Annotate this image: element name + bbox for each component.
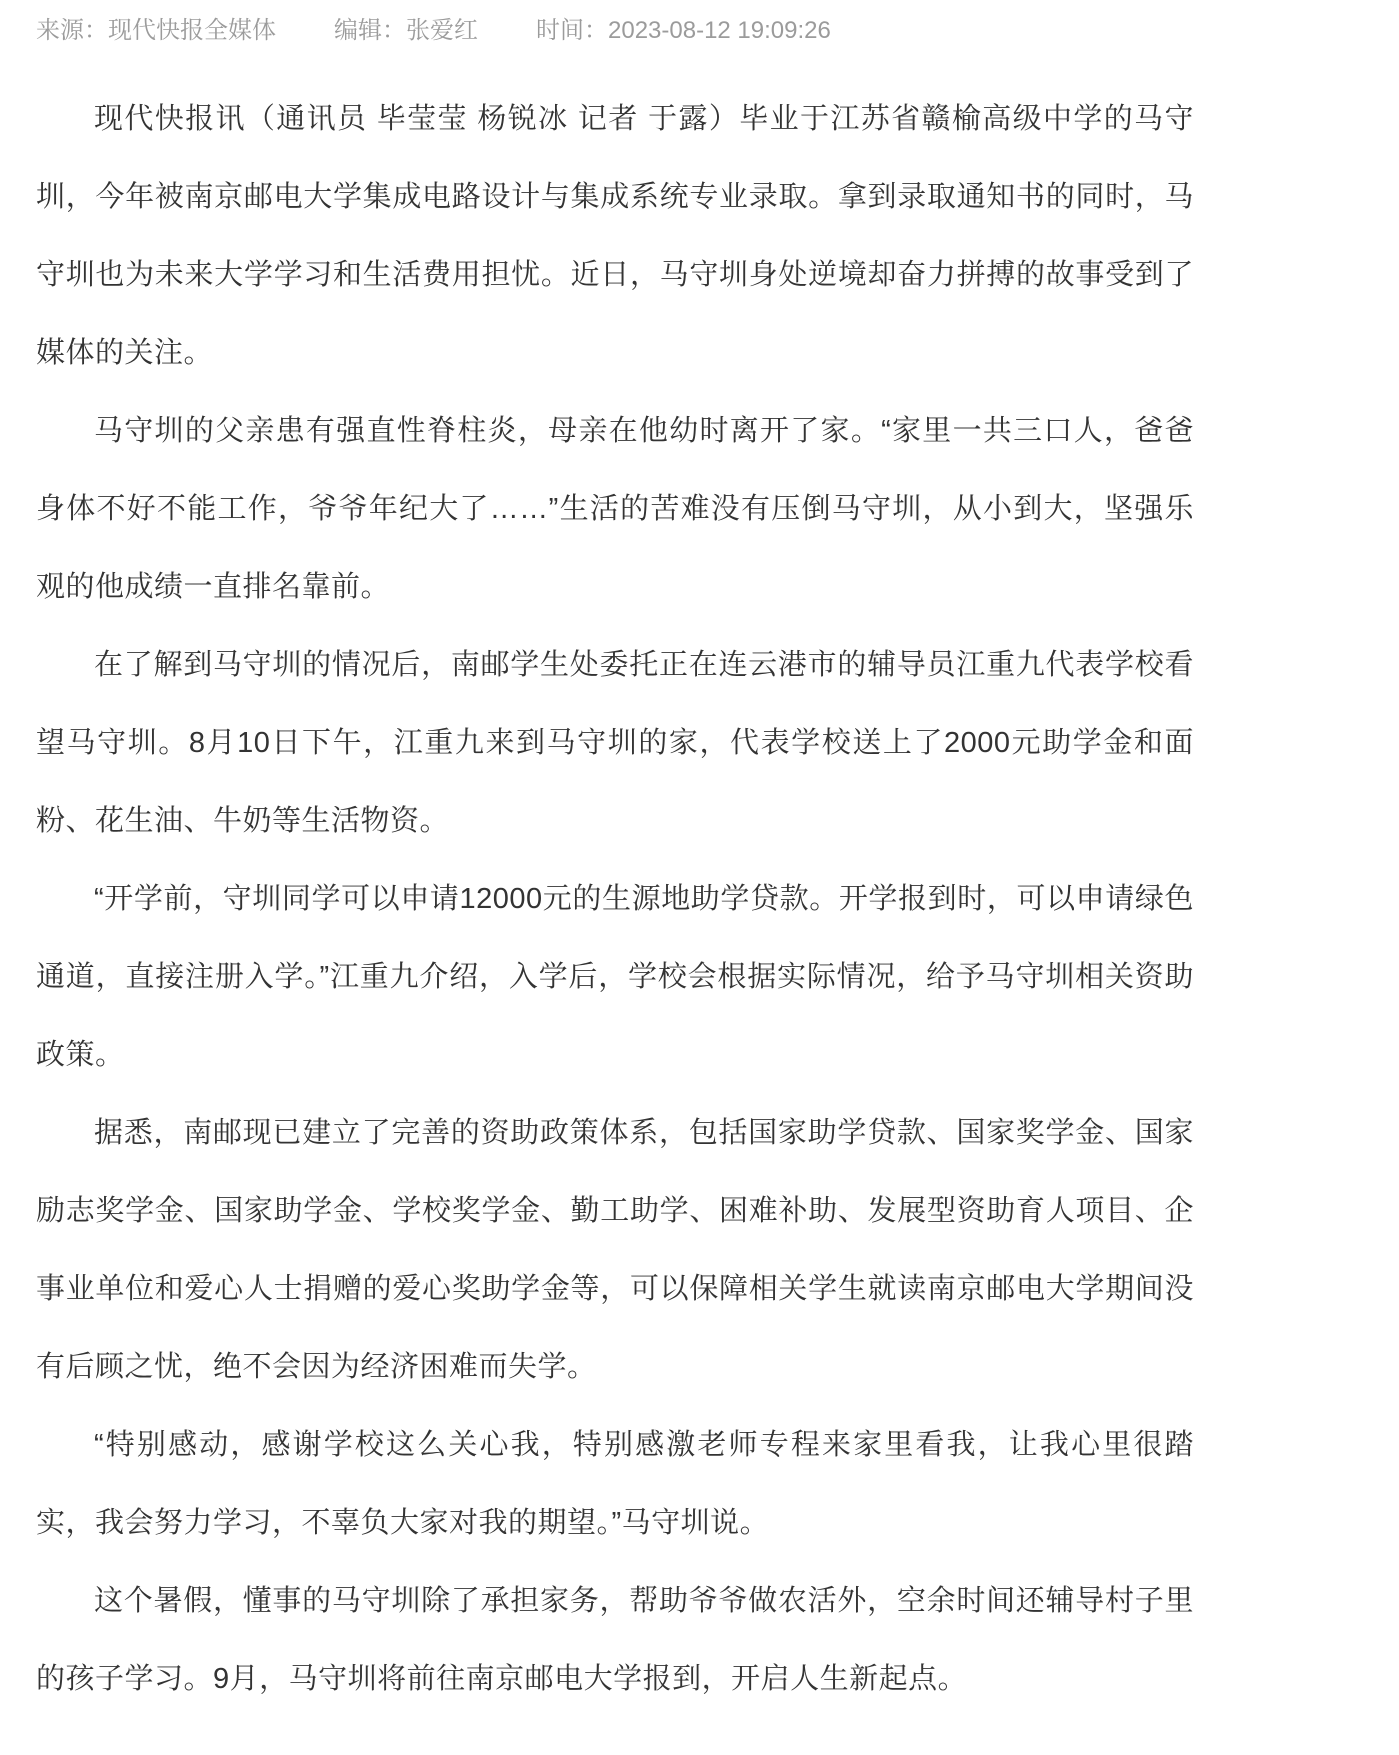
meta-editor-label: 编辑： bbox=[334, 17, 406, 44]
article-paragraph-3: 在了解到马守圳的情况后，南邮学生处委托正在连云港市的辅导员江重九代表学校看望马守… bbox=[36, 626, 1194, 860]
meta-time-label: 时间： bbox=[536, 17, 608, 44]
meta-source: 来源：现代快报全媒体 bbox=[36, 17, 276, 44]
article-paragraph-2: 马守圳的父亲患有强直性脊柱炎，母亲在他幼时离开了家。“家里一共三口人，爸爸身体不… bbox=[36, 392, 1194, 626]
article-meta: 来源：现代快报全媒体编辑：张爱红时间：2023-08-12 19:09:26 bbox=[0, 0, 1399, 46]
meta-editor: 编辑：张爱红 bbox=[334, 17, 478, 44]
meta-source-label: 来源： bbox=[36, 17, 108, 44]
meta-editor-value: 张爱红 bbox=[406, 17, 478, 44]
article-body: 现代快报讯（通讯员 毕莹莹 杨锐冰 记者 于露）毕业于江苏省赣榆高级中学的马守圳… bbox=[36, 80, 1194, 1718]
meta-time-value: 2023-08-12 19:09:26 bbox=[608, 17, 831, 44]
article-paragraph-4: “开学前，守圳同学可以申请12000元的生源地助学贷款。开学报到时，可以申请绿色… bbox=[36, 860, 1194, 1094]
article-paragraph-5: 据悉，南邮现已建立了完善的资助政策体系，包括国家助学贷款、国家奖学金、国家励志奖… bbox=[36, 1094, 1194, 1406]
article-paragraph-7: 这个暑假，懂事的马守圳除了承担家务，帮助爷爷做农活外，空余时间还辅导村子里的孩子… bbox=[36, 1562, 1194, 1718]
article-paragraph-6: “特别感动，感谢学校这么关心我，特别感激老师专程来家里看我，让我心里很踏实，我会… bbox=[36, 1406, 1194, 1562]
meta-time: 时间：2023-08-12 19:09:26 bbox=[536, 17, 831, 44]
article-paragraph-1: 现代快报讯（通讯员 毕莹莹 杨锐冰 记者 于露）毕业于江苏省赣榆高级中学的马守圳… bbox=[36, 80, 1194, 392]
meta-source-value: 现代快报全媒体 bbox=[108, 17, 276, 44]
news-article-page: 来源：现代快报全媒体编辑：张爱红时间：2023-08-12 19:09:26 现… bbox=[0, 0, 1399, 1755]
